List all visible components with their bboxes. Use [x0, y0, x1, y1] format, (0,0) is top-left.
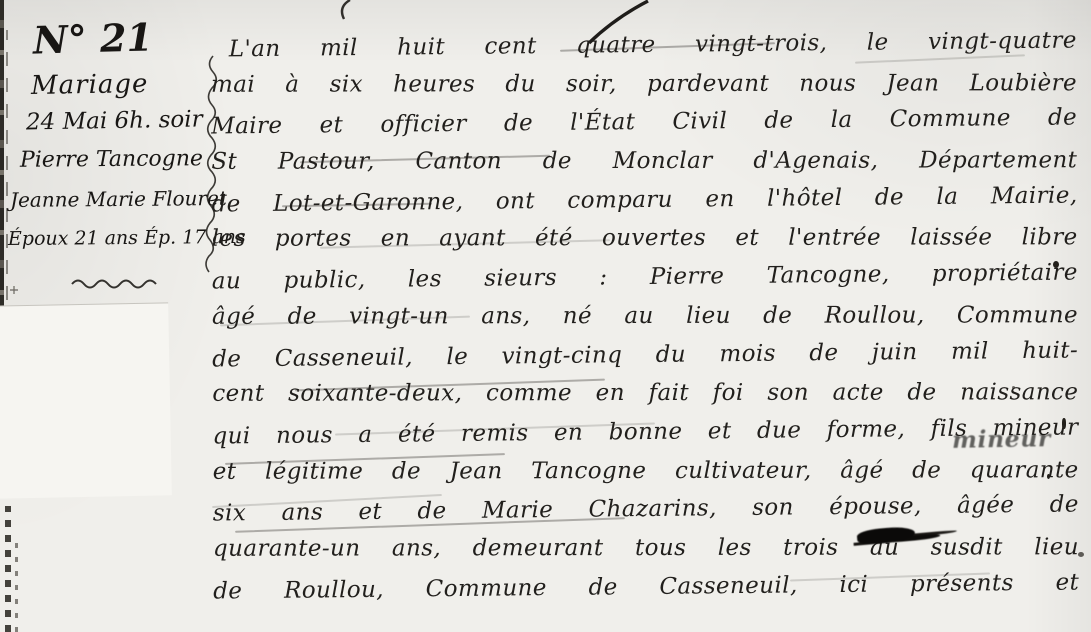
binding-edge-strip — [0, 0, 4, 350]
margin-bride-name: Jeanne Marie Flouret — [10, 186, 227, 212]
patch-corner-tick — [10, 286, 18, 294]
ink-speck — [1062, 418, 1066, 429]
act-line: et légitime de Jean Tancogne cultivateur… — [213, 451, 1079, 491]
act-line: qui nous a été remis en bonne et due for… — [212, 408, 1078, 456]
overwritten-word-mineur: mineur — [952, 424, 1051, 454]
ink-speck — [1078, 552, 1084, 557]
binding-edge-dashes-thin — [15, 540, 18, 632]
margin-underline-squiggle — [72, 281, 156, 288]
act-line: les portes en ayant été ouvertes et l'en… — [212, 219, 1078, 259]
ink-speck — [1047, 474, 1050, 479]
act-line: Maire et officier de l'État Civil de la … — [211, 99, 1077, 147]
ink-speck — [1012, 386, 1015, 389]
act-line: de Lot-et-Garonne, ont comparu en l'hôte… — [211, 176, 1077, 224]
act-line: cent soixante-deux, comme en fait foi so… — [212, 373, 1078, 413]
act-line: L'an mil huit cent quatre vingt-trois, l… — [211, 21, 1077, 69]
act-line: de Casseneuil, le vingt-cinq du mois de … — [212, 331, 1078, 379]
margin-act-type: Mariage — [31, 69, 149, 101]
act-line: mai à six heures du soir, pardevant nous… — [211, 64, 1077, 104]
act-line: quarante-un ans, demeurant tous les troi… — [213, 528, 1079, 568]
margin-spouses-ages: Époux 21 ans Ép. 17 ans — [8, 226, 246, 250]
binding-edge-dashes — [5, 506, 11, 632]
scanned-register-page: N° 21 Mariage 24 Mai 6h. soir Pierre Tan… — [0, 0, 1091, 632]
margin-paper-patch — [0, 302, 172, 498]
margin-date-time: 24 Mai 6h. soir — [26, 106, 203, 135]
margin-act-number: N° 21 — [32, 14, 153, 62]
top-stray-curve — [342, 0, 350, 19]
ink-speck — [1053, 261, 1059, 268]
act-body-text: L'an mil huit cent quatre vingt-trois, l… — [211, 24, 1080, 608]
act-line: au public, les sieurs : Pierre Tancogne,… — [212, 254, 1078, 302]
binding-edge-strip-thin — [6, 30, 8, 300]
margin-groom-name: Pierre Tancogne — [20, 146, 203, 173]
act-line: de Roullou, Commune de Casseneuil, ici p… — [213, 563, 1079, 611]
act-line: âgé de vingt-un ans, né au lieu de Roull… — [212, 296, 1078, 336]
